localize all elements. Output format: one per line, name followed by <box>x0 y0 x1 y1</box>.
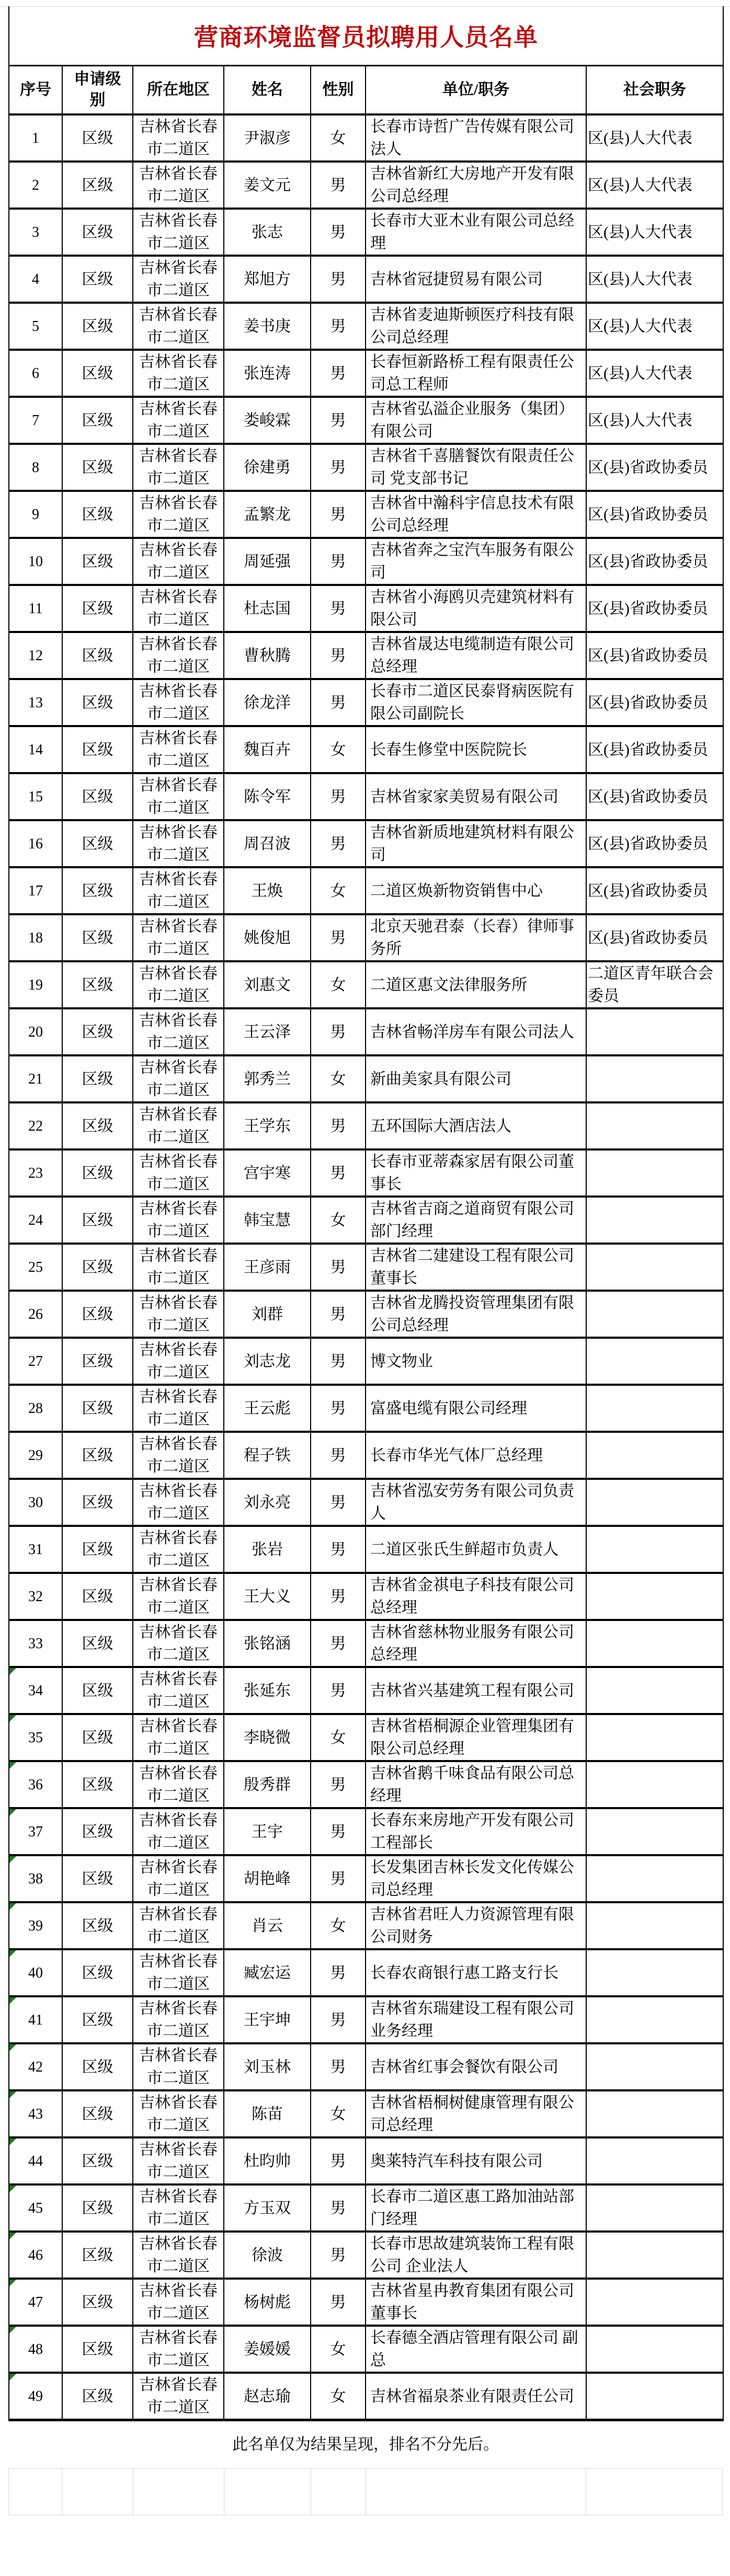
cell-unit: 长春恒新路桥工程有限责任公司总工程师 <box>366 350 586 397</box>
cell-level: 区级 <box>62 491 133 538</box>
table-row: 18 区级 吉林省长春市二道区 姚俊旭 男 北京天驰君泰（长春）律师事务所 区(… <box>9 914 723 961</box>
cell-unit: 吉林省畅洋房车有限公司法人 <box>366 1008 586 1055</box>
cell-level: 区级 <box>62 1479 133 1526</box>
cell-no: 1 <box>9 114 62 162</box>
cell-social <box>586 2373 723 2420</box>
cell-unit: 长春市大亚木业有限公司总经理 <box>366 209 586 256</box>
cell-name: 姜媛媛 <box>224 2326 311 2373</box>
cell-level: 区级 <box>62 1902 133 1949</box>
cell-level: 区级 <box>62 1149 133 1197</box>
cell-level: 区级 <box>62 397 133 444</box>
cell-level: 区级 <box>62 914 133 961</box>
table-row: 15 区级 吉林省长春市二道区 陈令军 男 吉林省家家美贸易有限公司 区(县)省… <box>9 773 723 820</box>
cell-gender: 男 <box>311 820 366 867</box>
cell-no: 14 <box>9 726 62 773</box>
cell-gender: 男 <box>311 2137 366 2184</box>
cell-social: 区(县)省政协委员 <box>586 679 723 726</box>
cell-gender: 男 <box>311 1338 366 1385</box>
cell-gender: 女 <box>311 1902 366 1949</box>
cell-region: 吉林省长春市二道区 <box>133 2232 224 2279</box>
page-title: 营商环境监督员拟聘用人员名单 <box>9 6 723 66</box>
table-row: 22 区级 吉林省长春市二道区 王学东 男 五环国际大酒店法人 <box>9 1102 723 1149</box>
cell-level: 区级 <box>62 961 133 1008</box>
cell-name: 刘玉林 <box>224 2043 311 2090</box>
cell-region: 吉林省长春市二道区 <box>133 1244 224 1291</box>
table-row: 23 区级 吉林省长春市二道区 宫宇寒 男 长春市亚蒂森家居有限公司董事长 <box>9 1149 723 1197</box>
spreadsheet-page: 营商环境监督员拟聘用人员名单 序号 申请级别 所在地区 姓名 性别 单位/职务 … <box>0 0 730 2576</box>
cell-unit: 五环国际大酒店法人 <box>366 1102 586 1149</box>
cell-social: 区(县)省政协委员 <box>586 820 723 867</box>
cell-level: 区级 <box>62 2043 133 2090</box>
cell-gender: 男 <box>311 773 366 820</box>
cell-level: 区级 <box>62 632 133 679</box>
cell-region: 吉林省长春市二道区 <box>133 585 224 632</box>
cell-no: 4 <box>9 256 62 303</box>
table-row: 26 区级 吉林省长春市二道区 刘群 男 吉林省龙腾投资管理集团有限公司总经理 <box>9 1291 723 1338</box>
cell-no: 36 <box>9 1761 62 1808</box>
cell-unit: 吉林省新质地建筑材料有限公司 <box>366 820 586 867</box>
cell-region: 吉林省长春市二道区 <box>133 679 224 726</box>
cell-name: 周延强 <box>224 538 311 585</box>
cell-social <box>586 1055 723 1102</box>
cell-name: 肖云 <box>224 1902 311 1949</box>
table-row: 9 区级 吉林省长春市二道区 孟繁龙 男 吉林省中瀚科宇信息技术有限公司总经理 … <box>9 491 723 538</box>
comment-marker-icon <box>9 1950 16 1957</box>
cell-no: 11 <box>9 585 62 632</box>
comment-marker-icon <box>9 1903 16 1910</box>
cell-name: 殷秀群 <box>224 1761 311 1808</box>
cell-no: 46 <box>9 2232 62 2279</box>
cell-unit: 吉林省梧桐源企业管理集团有限公司总经理 <box>366 1714 586 1761</box>
cell-level: 区级 <box>62 2326 133 2373</box>
cell-no: 10 <box>9 538 62 585</box>
table-row: 48 区级 吉林省长春市二道区 姜媛媛 女 长春德全酒店管理有限公司 副总 <box>9 2326 723 2373</box>
table-row: 31 区级 吉林省长春市二道区 张岩 男 二道区张氏生鲜超市负责人 <box>9 1526 723 1573</box>
col-header-unit: 单位/职务 <box>366 66 586 115</box>
cell-social <box>586 1385 723 1432</box>
cell-region: 吉林省长春市二道区 <box>133 2090 224 2137</box>
title-row: 营商环境监督员拟聘用人员名单 <box>9 6 723 66</box>
cell-unit: 吉林省弘溢企业服务（集团）有限公司 <box>366 397 586 444</box>
cell-region: 吉林省长春市二道区 <box>133 1996 224 2043</box>
empty-cell <box>366 2469 586 2515</box>
cell-unit: 长春市思故建筑装饰工程有限公司 企业法人 <box>366 2232 586 2279</box>
cell-social <box>586 1855 723 1902</box>
cell-no: 31 <box>9 1526 62 1573</box>
cell-unit: 吉林省鹅千味食品有限公司总经理 <box>366 1761 586 1808</box>
table-row: 41 区级 吉林省长春市二道区 王宇坤 男 吉林省东瑞建设工程有限公司业务经理 <box>9 1996 723 2043</box>
cell-unit: 吉林省泓安劳务有限公司负责人 <box>366 1479 586 1526</box>
cell-gender: 男 <box>311 914 366 961</box>
cell-social: 区(县)省政协委员 <box>586 914 723 961</box>
cell-social: 区(县)省政协委员 <box>586 773 723 820</box>
cell-name: 曹秋腾 <box>224 632 311 679</box>
table-row: 46 区级 吉林省长春市二道区 徐波 男 长春市思故建筑装饰工程有限公司 企业法… <box>9 2232 723 2279</box>
cell-gender: 男 <box>311 1008 366 1055</box>
cell-no: 6 <box>9 350 62 397</box>
table-row: 34 区级 吉林省长春市二道区 张延东 男 吉林省兴基建筑工程有限公司 <box>9 1667 723 1714</box>
comment-marker-icon <box>9 1997 16 2004</box>
cell-level: 区级 <box>62 2279 133 2326</box>
cell-level: 区级 <box>62 2232 133 2279</box>
cell-name: 程子铁 <box>224 1432 311 1479</box>
cell-level: 区级 <box>62 2137 133 2184</box>
cell-name: 魏百卉 <box>224 726 311 773</box>
footer-note: 此名单仅为结果呈现，排名不分先后。 <box>8 2421 723 2468</box>
cell-social: 区(县)人大代表 <box>586 397 723 444</box>
cell-name: 姜书庚 <box>224 303 311 350</box>
cell-social <box>586 2043 723 2090</box>
cell-level: 区级 <box>62 773 133 820</box>
cell-level: 区级 <box>62 726 133 773</box>
cell-region: 吉林省长春市二道区 <box>133 1808 224 1855</box>
cell-no: 45 <box>9 2184 62 2232</box>
cell-gender: 男 <box>311 1761 366 1808</box>
cell-no: 38 <box>9 1855 62 1902</box>
cell-name: 王云彪 <box>224 1385 311 1432</box>
cell-social <box>586 1338 723 1385</box>
cell-social <box>586 1620 723 1667</box>
cell-no: 42 <box>9 2043 62 2090</box>
cell-level: 区级 <box>62 2373 133 2420</box>
cell-level: 区级 <box>62 1055 133 1102</box>
cell-social <box>586 1996 723 2043</box>
table-row: 10 区级 吉林省长春市二道区 周延强 男 吉林省奔之宝汽车服务有限公司 区(县… <box>9 538 723 585</box>
cell-social <box>586 2137 723 2184</box>
cell-gender: 男 <box>311 1244 366 1291</box>
cell-social: 区(县)人大代表 <box>586 114 723 162</box>
cell-gender: 女 <box>311 867 366 914</box>
empty-cell <box>586 2469 723 2515</box>
cell-region: 吉林省长春市二道区 <box>133 1291 224 1338</box>
cell-unit: 长春市二道区民泰肾病医院有限公司副院长 <box>366 679 586 726</box>
table-row: 43 区级 吉林省长春市二道区 陈苗 女 吉林省梧桐树健康管理有限公司总经理 <box>9 2090 723 2137</box>
cell-unit: 吉林省兴基建筑工程有限公司 <box>366 1667 586 1714</box>
cell-level: 区级 <box>62 1949 133 1996</box>
cell-gender: 男 <box>311 1526 366 1573</box>
header-row: 序号 申请级别 所在地区 姓名 性别 单位/职务 社会职务 <box>9 66 723 115</box>
cell-unit: 吉林省星冉教育集团有限公司董事长 <box>366 2279 586 2326</box>
table-row: 3 区级 吉林省长春市二道区 张志 男 长春市大亚木业有限公司总经理 区(县)人… <box>9 209 723 256</box>
cell-name: 尹淑彦 <box>224 114 311 162</box>
comment-marker-icon <box>9 1762 16 1769</box>
cell-region: 吉林省长春市二道区 <box>133 350 224 397</box>
cell-social <box>586 2326 723 2373</box>
cell-level: 区级 <box>62 1761 133 1808</box>
cell-no: 29 <box>9 1432 62 1479</box>
cell-gender: 男 <box>311 1808 366 1855</box>
cell-level: 区级 <box>62 1244 133 1291</box>
cell-region: 吉林省长春市二道区 <box>133 961 224 1008</box>
cell-gender: 男 <box>311 1667 366 1714</box>
table-body: 1 区级 吉林省长春市二道区 尹淑彦 女 长春市诗哲广告传媒有限公司法人 区(县… <box>9 114 723 2420</box>
cell-unit: 吉林省小海鸥贝壳建筑材料有限公司 <box>366 585 586 632</box>
cell-social <box>586 1149 723 1197</box>
cell-name: 王学东 <box>224 1102 311 1149</box>
cell-level: 区级 <box>62 1338 133 1385</box>
cell-no: 39 <box>9 1902 62 1949</box>
cell-no: 37 <box>9 1808 62 1855</box>
cell-social: 区(县)省政协委员 <box>586 444 723 491</box>
cell-unit: 吉林省晟达电缆制造有限公司总经理 <box>366 632 586 679</box>
table-row: 19 区级 吉林省长春市二道区 刘惠文 女 二道区惠文法律服务所 二道区青年联合… <box>9 961 723 1008</box>
cell-gender: 女 <box>311 726 366 773</box>
cell-no: 15 <box>9 773 62 820</box>
table-row: 30 区级 吉林省长春市二道区 刘永亮 男 吉林省泓安劳务有限公司负责人 <box>9 1479 723 1526</box>
empty-cell <box>311 2469 366 2515</box>
cell-social <box>586 1902 723 1949</box>
cell-gender: 男 <box>311 209 366 256</box>
cell-name: 王大义 <box>224 1573 311 1620</box>
cell-no: 40 <box>9 1949 62 1996</box>
cell-region: 吉林省长春市二道区 <box>133 256 224 303</box>
cell-name: 王焕 <box>224 867 311 914</box>
table-row: 44 区级 吉林省长春市二道区 杜昀帅 男 奥莱特汽车科技有限公司 <box>9 2137 723 2184</box>
comment-marker-icon <box>9 2280 16 2286</box>
cell-gender: 男 <box>311 1149 366 1197</box>
comment-marker-icon <box>9 2327 16 2333</box>
cell-gender: 男 <box>311 679 366 726</box>
cell-level: 区级 <box>62 679 133 726</box>
cell-name: 王宇 <box>224 1808 311 1855</box>
table-row: 47 区级 吉林省长春市二道区 杨树彪 男 吉林省星冉教育集团有限公司董事长 <box>9 2279 723 2326</box>
cell-unit: 二道区焕新物资销售中心 <box>366 867 586 914</box>
table-row: 25 区级 吉林省长春市二道区 王彦雨 男 吉林省二建建设工程有限公司董事长 <box>9 1244 723 1291</box>
table-row: 2 区级 吉林省长春市二道区 姜文元 男 吉林省新红大房地产开发有限公司总经理 … <box>9 162 723 209</box>
cell-no: 30 <box>9 1479 62 1526</box>
table-row: 7 区级 吉林省长春市二道区 娄峻霖 男 吉林省弘溢企业服务（集团）有限公司 区… <box>9 397 723 444</box>
cell-gender: 男 <box>311 1573 366 1620</box>
cell-unit: 长春市二道区惠工路加油站部门经理 <box>366 2184 586 2232</box>
cell-no: 3 <box>9 209 62 256</box>
cell-no: 44 <box>9 2137 62 2184</box>
comment-marker-icon <box>9 2186 16 2192</box>
cell-level: 区级 <box>62 820 133 867</box>
cell-gender: 女 <box>311 2090 366 2137</box>
cell-region: 吉林省长春市二道区 <box>133 1102 224 1149</box>
cell-gender: 男 <box>311 1620 366 1667</box>
cell-social: 区(县)省政协委员 <box>586 491 723 538</box>
empty-cell <box>62 2469 133 2515</box>
cell-social: 区(县)省政协委员 <box>586 632 723 679</box>
cell-level: 区级 <box>62 1197 133 1244</box>
cell-unit: 二道区惠文法律服务所 <box>366 961 586 1008</box>
comment-marker-icon <box>9 2374 16 2380</box>
cell-unit: 博文物业 <box>366 1338 586 1385</box>
cell-name: 刘永亮 <box>224 1479 311 1526</box>
cell-name: 徐波 <box>224 2232 311 2279</box>
cell-no: 28 <box>9 1385 62 1432</box>
empty-cell <box>224 2469 311 2515</box>
cell-level: 区级 <box>62 585 133 632</box>
cell-social: 区(县)人大代表 <box>586 162 723 209</box>
cell-level: 区级 <box>62 1008 133 1055</box>
cell-name: 张岩 <box>224 1526 311 1573</box>
cell-unit: 二道区张氏生鲜超市负责人 <box>366 1526 586 1573</box>
cell-no: 19 <box>9 961 62 1008</box>
cell-name: 张延东 <box>224 1667 311 1714</box>
empty-cell <box>133 2469 224 2515</box>
cell-region: 吉林省长春市二道区 <box>133 2043 224 2090</box>
table-row: 42 区级 吉林省长春市二道区 刘玉林 男 吉林省红事会餐饮有限公司 <box>9 2043 723 2090</box>
cell-region: 吉林省长春市二道区 <box>133 1714 224 1761</box>
table-row: 8 区级 吉林省长春市二道区 徐建勇 男 吉林省千喜膳餐饮有限责任公司 党支部书… <box>9 444 723 491</box>
table-row: 13 区级 吉林省长春市二道区 徐龙洋 男 长春市二道区民泰肾病医院有限公司副院… <box>9 679 723 726</box>
cell-name: 赵志瑜 <box>224 2373 311 2420</box>
cell-name: 郭秀兰 <box>224 1055 311 1102</box>
roster-sheet: 营商环境监督员拟聘用人员名单 序号 申请级别 所在地区 姓名 性别 单位/职务 … <box>8 6 723 2515</box>
cell-name: 刘惠文 <box>224 961 311 1008</box>
cell-unit: 吉林省龙腾投资管理集团有限公司总经理 <box>366 1291 586 1338</box>
cell-unit: 长春东来房地产开发有限公司工程部长 <box>366 1808 586 1855</box>
cell-gender: 男 <box>311 397 366 444</box>
cell-region: 吉林省长春市二道区 <box>133 726 224 773</box>
cell-level: 区级 <box>62 1291 133 1338</box>
cell-social: 区(县)省政协委员 <box>586 538 723 585</box>
cell-region: 吉林省长春市二道区 <box>133 1573 224 1620</box>
cell-level: 区级 <box>62 256 133 303</box>
cell-no: 18 <box>9 914 62 961</box>
table-row: 36 区级 吉林省长春市二道区 殷秀群 男 吉林省鹅千味食品有限公司总经理 <box>9 1761 723 1808</box>
table-row: 24 区级 吉林省长春市二道区 韩宝慧 女 吉林省吉商之道商贸有限公司部门经理 <box>9 1197 723 1244</box>
cell-unit: 北京天驰君泰（长春）律师事务所 <box>366 914 586 961</box>
cell-no: 35 <box>9 1714 62 1761</box>
comment-marker-icon <box>9 2091 16 2098</box>
cell-region: 吉林省长春市二道区 <box>133 1149 224 1197</box>
cell-name: 王彦雨 <box>224 1244 311 1291</box>
cell-gender: 女 <box>311 961 366 1008</box>
cell-name: 陈令军 <box>224 773 311 820</box>
cell-social: 区(县)人大代表 <box>586 350 723 397</box>
cell-gender: 男 <box>311 162 366 209</box>
cell-level: 区级 <box>62 2090 133 2137</box>
cell-gender: 男 <box>311 632 366 679</box>
cell-name: 李晓微 <box>224 1714 311 1761</box>
cell-social <box>586 2232 723 2279</box>
cell-unit: 吉林省吉商之道商贸有限公司部门经理 <box>366 1197 586 1244</box>
table-row: 37 区级 吉林省长春市二道区 王宇 男 长春东来房地产开发有限公司工程部长 <box>9 1808 723 1855</box>
cell-gender: 男 <box>311 2043 366 2090</box>
cell-name: 周召波 <box>224 820 311 867</box>
cell-no: 16 <box>9 820 62 867</box>
cell-no: 12 <box>9 632 62 679</box>
col-header-region: 所在地区 <box>133 66 224 115</box>
cell-name: 王云泽 <box>224 1008 311 1055</box>
cell-social <box>586 1808 723 1855</box>
cell-region: 吉林省长春市二道区 <box>133 1949 224 1996</box>
table-row: 39 区级 吉林省长春市二道区 肖云 女 吉林省君旺人力资源管理有限公司财务 <box>9 1902 723 1949</box>
cell-region: 吉林省长春市二道区 <box>133 632 224 679</box>
cell-name: 杜志国 <box>224 585 311 632</box>
cell-name: 刘志龙 <box>224 1338 311 1385</box>
cell-no: 25 <box>9 1244 62 1291</box>
cell-name: 陈苗 <box>224 2090 311 2137</box>
cell-social <box>586 1008 723 1055</box>
cell-social <box>586 1761 723 1808</box>
cell-social: 区(县)人大代表 <box>586 256 723 303</box>
cell-no: 49 <box>9 2373 62 2420</box>
cell-unit: 吉林省君旺人力资源管理有限公司财务 <box>366 1902 586 1949</box>
cell-unit: 吉林省麦迪斯顿医疗科技有限公司总经理 <box>366 303 586 350</box>
cell-region: 吉林省长春市二道区 <box>133 1338 224 1385</box>
cell-gender: 女 <box>311 1055 366 1102</box>
cell-gender: 男 <box>311 350 366 397</box>
cell-level: 区级 <box>62 162 133 209</box>
cell-unit: 吉林省慈林物业服务有限公司总经理 <box>366 1620 586 1667</box>
cell-level: 区级 <box>62 1573 133 1620</box>
cell-social: 区(县)省政协委员 <box>586 585 723 632</box>
cell-unit: 吉林省二建建设工程有限公司董事长 <box>366 1244 586 1291</box>
cell-gender: 女 <box>311 114 366 162</box>
empty-cell <box>8 2469 62 2515</box>
cell-gender: 男 <box>311 1291 366 1338</box>
cell-name: 姚俊旭 <box>224 914 311 961</box>
comment-marker-icon <box>9 1715 16 1722</box>
col-header-level: 申请级别 <box>62 66 133 115</box>
table-row: 11 区级 吉林省长春市二道区 杜志国 男 吉林省小海鸥贝壳建筑材料有限公司 区… <box>9 585 723 632</box>
table-row: 21 区级 吉林省长春市二道区 郭秀兰 女 新曲美家具有限公司 <box>9 1055 723 1102</box>
cell-name: 张铭涵 <box>224 1620 311 1667</box>
cell-no: 22 <box>9 1102 62 1149</box>
cell-no: 5 <box>9 303 62 350</box>
cell-region: 吉林省长春市二道区 <box>133 303 224 350</box>
cell-social: 二道区青年联合会委员 <box>586 961 723 1008</box>
cell-unit: 吉林省中瀚科宇信息技术有限公司总经理 <box>366 491 586 538</box>
cell-unit: 长春市亚蒂森家居有限公司董事长 <box>366 1149 586 1197</box>
cell-unit: 长春生修堂中医院院长 <box>366 726 586 773</box>
cell-no: 17 <box>9 867 62 914</box>
cell-unit: 吉林省家家美贸易有限公司 <box>366 773 586 820</box>
cell-region: 吉林省长春市二道区 <box>133 2326 224 2373</box>
cell-region: 吉林省长春市二道区 <box>133 1855 224 1902</box>
cell-social <box>586 2090 723 2137</box>
cell-level: 区级 <box>62 1667 133 1714</box>
cell-no: 33 <box>9 1620 62 1667</box>
cell-no: 7 <box>9 397 62 444</box>
table-row: 33 区级 吉林省长春市二道区 张铭涵 男 吉林省慈林物业服务有限公司总经理 <box>9 1620 723 1667</box>
cell-region: 吉林省长春市二道区 <box>133 2184 224 2232</box>
cell-gender: 男 <box>311 1432 366 1479</box>
col-header-social: 社会职务 <box>586 66 723 115</box>
cell-no: 43 <box>9 2090 62 2137</box>
cell-no: 9 <box>9 491 62 538</box>
cell-gender: 男 <box>311 2279 366 2326</box>
cell-social <box>586 1244 723 1291</box>
cell-social <box>586 1291 723 1338</box>
cell-gender: 男 <box>311 2184 366 2232</box>
cell-gender: 男 <box>311 444 366 491</box>
cell-no: 47 <box>9 2279 62 2326</box>
cell-name: 徐建勇 <box>224 444 311 491</box>
cell-no: 21 <box>9 1055 62 1102</box>
cell-level: 区级 <box>62 303 133 350</box>
cell-level: 区级 <box>62 1385 133 1432</box>
cell-unit: 吉林省奔之宝汽车服务有限公司 <box>366 538 586 585</box>
cell-region: 吉林省长春市二道区 <box>133 1667 224 1714</box>
table-row: 14 区级 吉林省长春市二道区 魏百卉 女 长春生修堂中医院院长 区(县)省政协… <box>9 726 723 773</box>
cell-name: 姜文元 <box>224 162 311 209</box>
cell-region: 吉林省长春市二道区 <box>133 1432 224 1479</box>
cell-gender: 男 <box>311 491 366 538</box>
cell-region: 吉林省长春市二道区 <box>133 867 224 914</box>
cell-gender: 女 <box>311 1197 366 1244</box>
cell-name: 娄峻霖 <box>224 397 311 444</box>
table-row: 40 区级 吉林省长春市二道区 臧宏运 男 长春农商银行惠工路支行长 <box>9 1949 723 1996</box>
cell-unit: 吉林省福泉茶业有限责任公司 <box>366 2373 586 2420</box>
cell-gender: 男 <box>311 256 366 303</box>
table-row: 4 区级 吉林省长春市二道区 郑旭方 男 吉林省冠捷贸易有限公司 区(县)人大代… <box>9 256 723 303</box>
cell-level: 区级 <box>62 209 133 256</box>
